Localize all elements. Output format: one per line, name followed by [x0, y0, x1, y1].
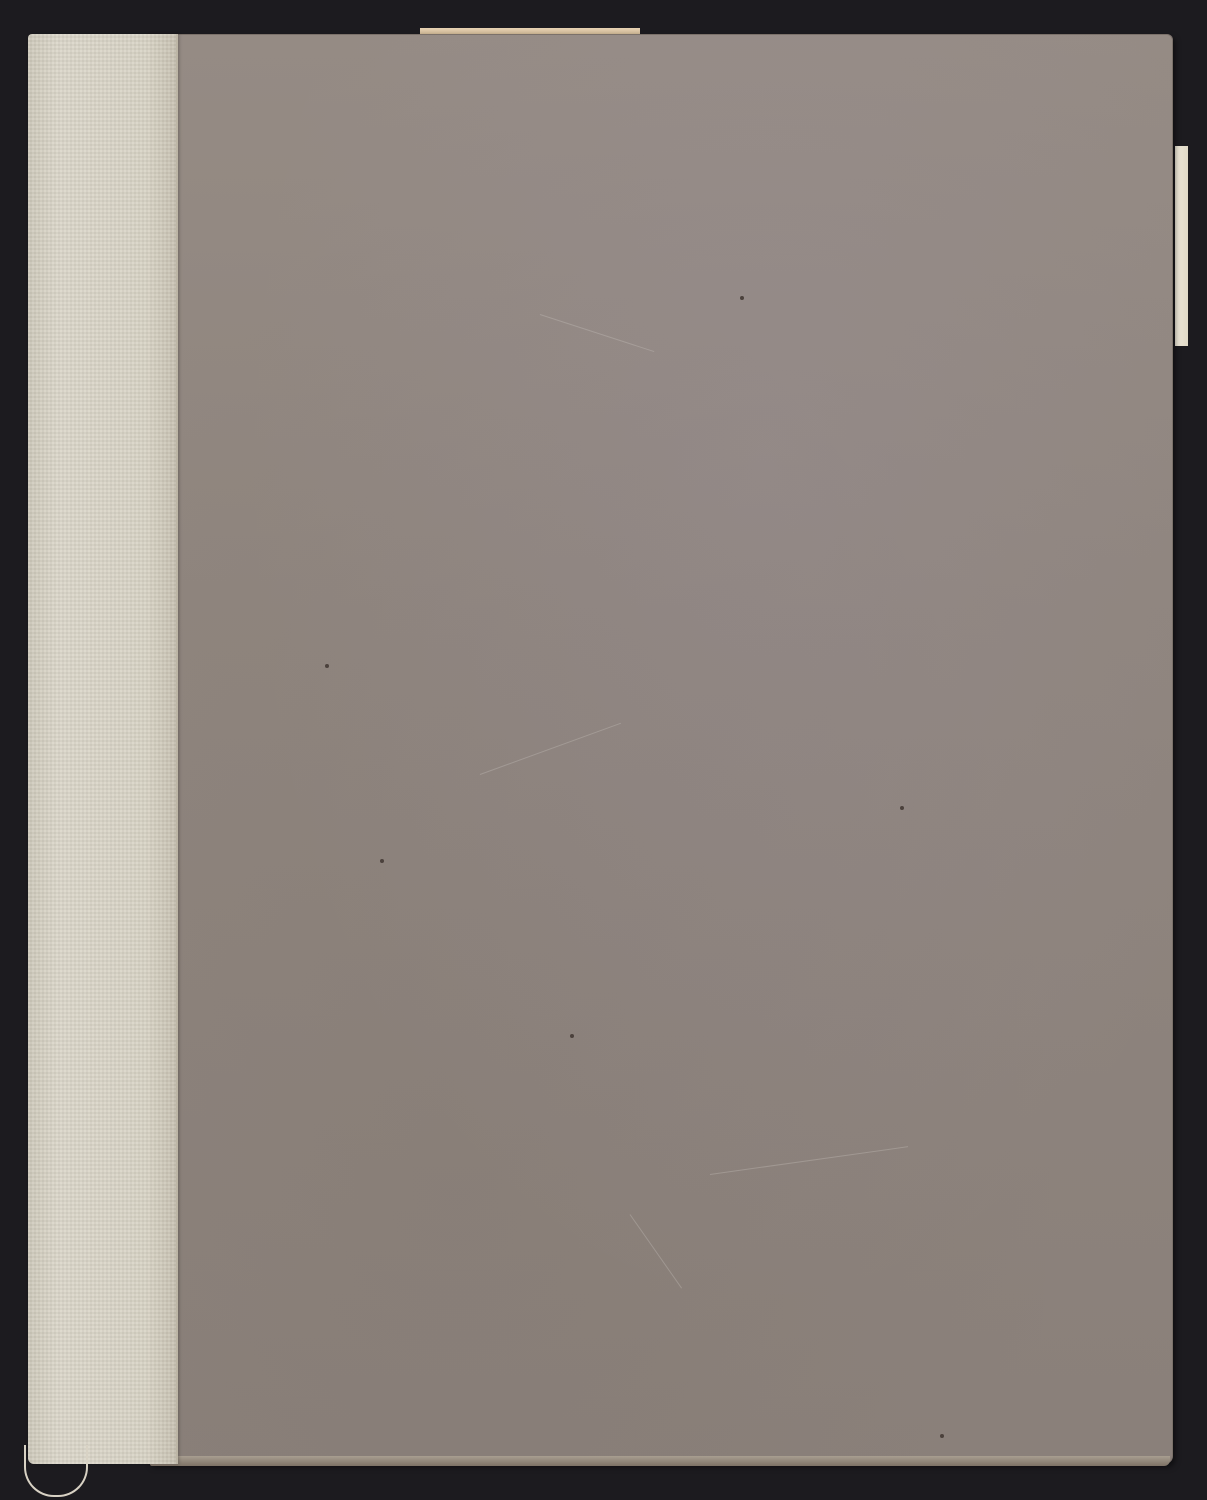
inserted-paper-edge: [1175, 146, 1188, 346]
cloth-spine: [28, 34, 178, 1464]
board-bottom-edge: [150, 1456, 1170, 1466]
speck: [325, 664, 329, 668]
surface-crack: [540, 314, 654, 352]
speck: [570, 1034, 574, 1038]
speck: [380, 859, 384, 863]
surface-crack: [480, 723, 621, 775]
speck: [940, 1434, 944, 1438]
speck: [900, 806, 904, 810]
book-cover-board: [150, 34, 1173, 1464]
speck: [740, 296, 744, 300]
surface-crack: [630, 1214, 682, 1288]
surface-crack: [710, 1146, 908, 1175]
